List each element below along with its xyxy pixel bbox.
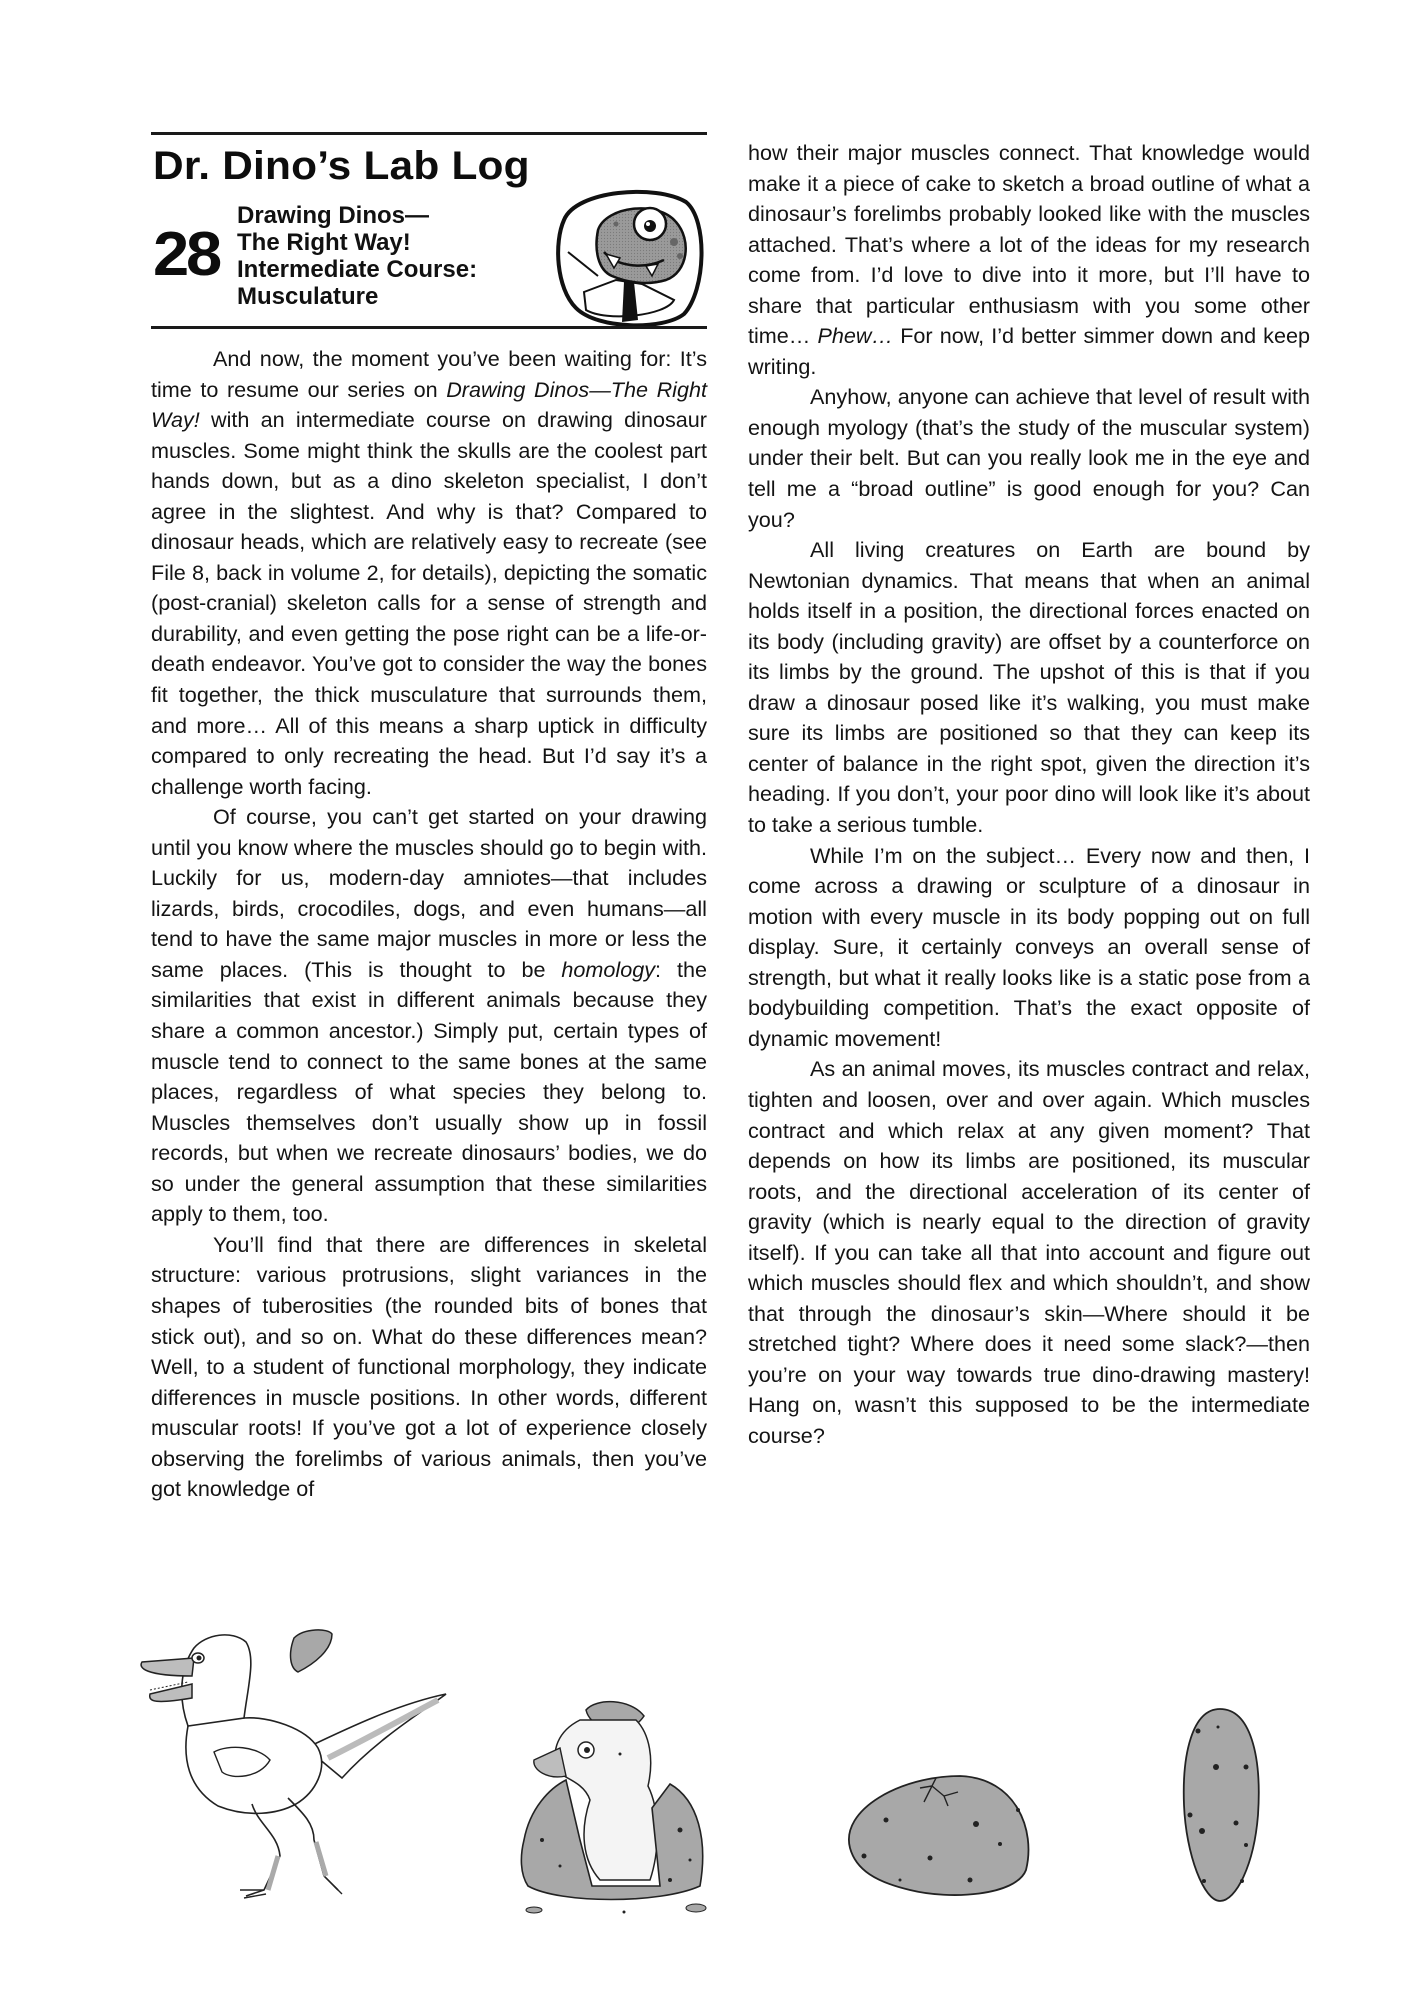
file-title-line: Intermediate Course: — [237, 256, 537, 283]
column-header: Dr. Dino’s Lab Log 28 Drawing Dinos— The… — [151, 130, 707, 330]
file-title-line: Drawing Dinos— — [237, 202, 537, 229]
body-paragraph: You’ll find that there are differences i… — [151, 1230, 707, 1505]
paragraph-text: with an intermediate course on drawing d… — [151, 407, 707, 799]
body-paragraph: how their major muscles connect. That kn… — [748, 138, 1310, 382]
dr-dino-portrait-icon — [546, 180, 706, 330]
cracking-egg-illustration — [840, 1770, 1036, 1900]
raptor-hatchling-illustration — [128, 1628, 458, 1908]
header-top-rule — [151, 132, 707, 135]
series-title: Dr. Dino’s Lab Log — [153, 142, 530, 190]
paragraph-text: You’ll find that there are differences i… — [151, 1232, 707, 1501]
file-title-line: The Right Way! — [237, 229, 537, 256]
right-column-body: how their major muscles connect. That kn… — [748, 138, 1310, 1452]
body-paragraph: As an animal moves, its muscles contract… — [748, 1054, 1310, 1451]
body-paragraph: Of course, you can’t get started on your… — [151, 802, 707, 1230]
paragraph-text: Anyhow, anyone can achieve that level of… — [748, 384, 1310, 531]
file-title-line: Musculature — [237, 283, 537, 310]
file-title: Drawing Dinos— The Right Way! Intermedia… — [237, 202, 537, 310]
intact-egg-illustration — [1180, 1705, 1262, 1905]
paragraph-text: how their major muscles connect. That kn… — [748, 140, 1310, 348]
paragraph-text: While I’m on the subject… Every now and … — [748, 843, 1310, 1051]
paragraph-text: Of course, you can’t get started on your… — [151, 804, 707, 982]
body-paragraph: All living creatures on Earth are bound … — [748, 535, 1310, 840]
paragraph-text: : the similarities that exist in differe… — [151, 957, 707, 1226]
italic-text: Phew… — [818, 323, 894, 348]
hatching-chick-illustration — [520, 1690, 720, 1920]
body-paragraph: While I’m on the subject… Every now and … — [748, 841, 1310, 1055]
header-bottom-rule — [151, 326, 707, 329]
document-page: Dr. Dino’s Lab Log 28 Drawing Dinos— The… — [0, 0, 1424, 2000]
italic-text: homology — [561, 957, 655, 982]
body-paragraph: Anyhow, anyone can achieve that level of… — [748, 382, 1310, 535]
paragraph-text: As an animal moves, its muscles contract… — [748, 1056, 1310, 1448]
paragraph-text: All living creatures on Earth are bound … — [748, 537, 1310, 837]
left-column-body: And now, the moment you’ve been waiting … — [151, 344, 707, 1505]
file-number: 28 — [153, 224, 219, 286]
body-paragraph: And now, the moment you’ve been waiting … — [151, 344, 707, 802]
